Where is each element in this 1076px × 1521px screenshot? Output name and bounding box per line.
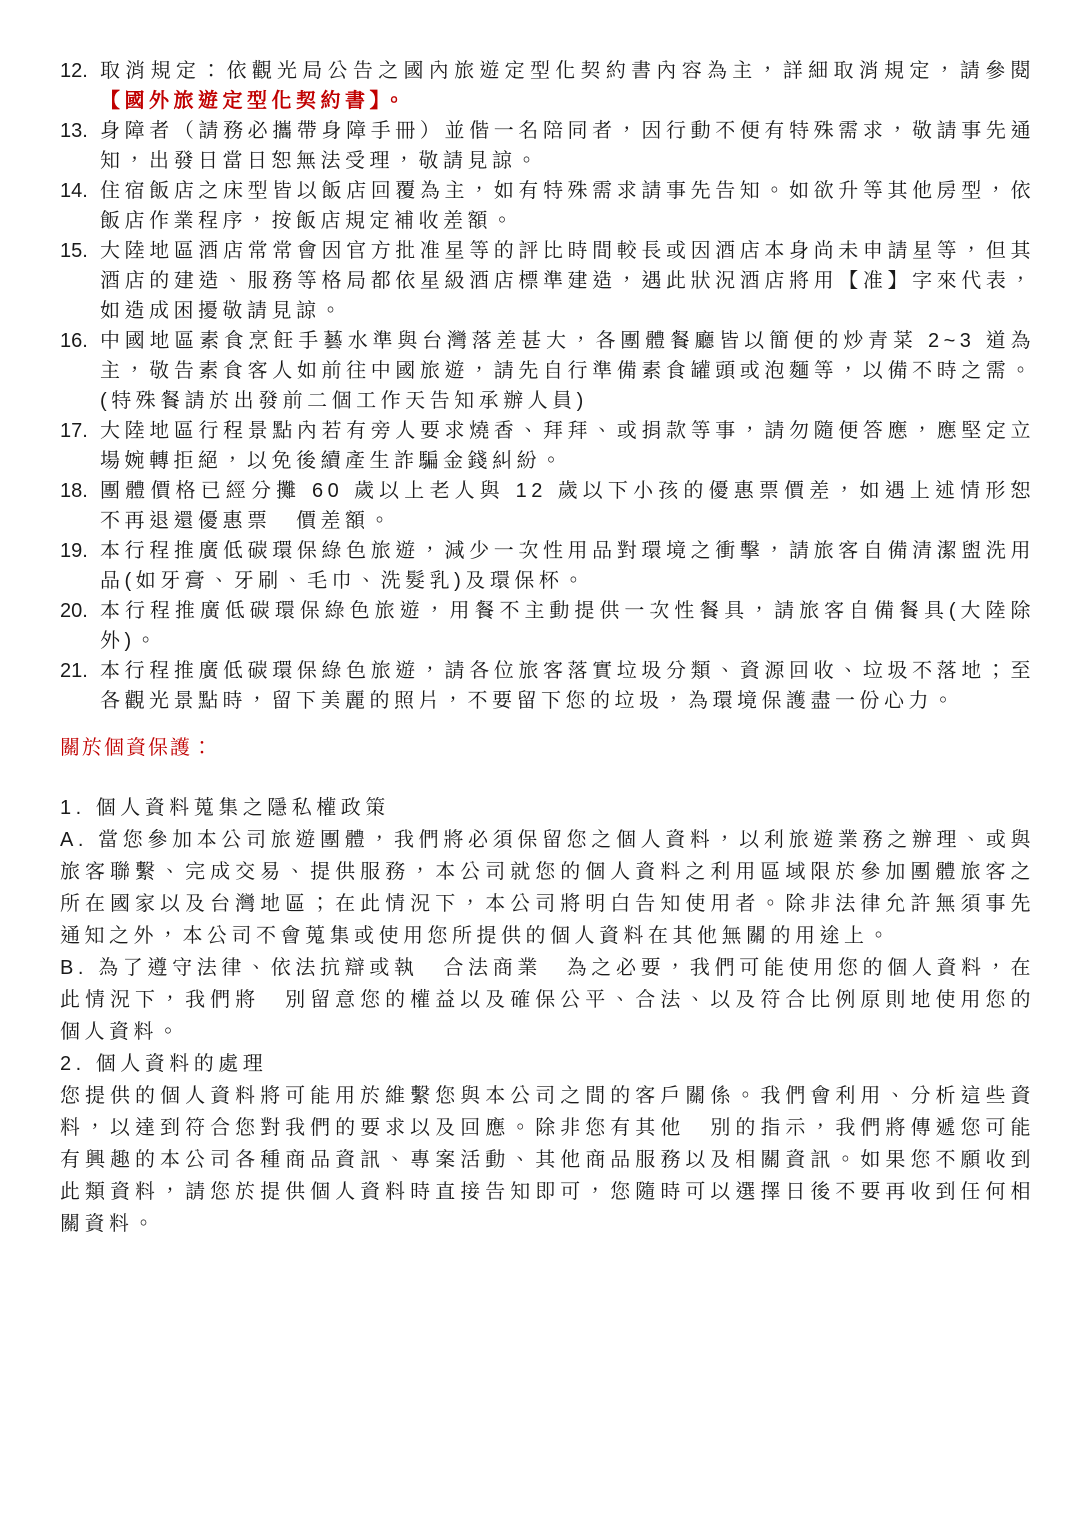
item-text: 團體價格已經分攤 60 歲以上老人與 12 歲以下小孩的優惠票價差，如遇上述情形… [100,476,1035,536]
item-text: 大陸地區行程景點內若有旁人要求燒香、拜拜、或捐款等事，請勿隨便答應，應堅定立場婉… [100,416,1035,476]
list-item-15: 15. 大陸地區酒店常常會因官方批准星等的評比時間較長或因酒店本身尚未申請星等，… [60,236,1035,326]
item-text: 住宿飯店之床型皆以飯店回覆為主，如有特殊需求請事先告知。如欲升等其他房型，依飯店… [100,176,1035,236]
privacy-section: 關於個資保護： 1. 個人資料蒐集之隱私權政策 A. 當您參加本公司旅遊團體，我… [60,732,1035,1240]
privacy-paragraph-2: 您提供的個人資料將可能用於維繫您與本公司之間的客戶關係。我們會利用、分析這些資料… [60,1080,1035,1240]
item-text-main: 取消規定：依觀光局公告之國內旅遊定型化契約書內容為主，詳細取消規定，請參閱 [100,60,1035,82]
item-text: 取消規定：依觀光局公告之國內旅遊定型化契約書內容為主，詳細取消規定，請參閱【國外… [100,56,1035,116]
privacy-section1-title: 1. 個人資料蒐集之隱私權政策 [60,792,1035,824]
item-number: 14. [60,176,100,206]
privacy-paragraph-a: A. 當您參加本公司旅遊團體，我們將必須保留您之個人資料，以利旅遊業務之辦理、或… [60,824,1035,952]
privacy-paragraph-b: B. 為了遵守法律、依法抗辯或執 合法商業 為之必要，我們可能使用您的個人資料，… [60,952,1035,1048]
list-item-18: 18. 團體價格已經分攤 60 歲以上老人與 12 歲以下小孩的優惠票價差，如遇… [60,476,1035,536]
terms-list: 12. 取消規定：依觀光局公告之國內旅遊定型化契約書內容為主，詳細取消規定，請參… [60,56,1035,716]
item-number: 21. [60,656,100,686]
item-number: 17. [60,416,100,446]
item-text: 本行程推廣低碳環保綠色旅遊，用餐不主動提供一次性餐具，請旅客自備餐具(大陸除外)… [100,596,1035,656]
item-number: 19. [60,536,100,566]
item-number: 18. [60,476,100,506]
item-number: 15. [60,236,100,266]
list-item-19: 19. 本行程推廣低碳環保綠色旅遊，減少一次性用品對環境之衝擊，請旅客自備清潔盥… [60,536,1035,596]
list-item-20: 20. 本行程推廣低碳環保綠色旅遊，用餐不主動提供一次性餐具，請旅客自備餐具(大… [60,596,1035,656]
privacy-section2-title: 2. 個人資料的處理 [60,1048,1035,1080]
item-text: 本行程推廣低碳環保綠色旅遊，減少一次性用品對環境之衝擊，請旅客自備清潔盥洗用品(… [100,536,1035,596]
list-item-16: 16. 中國地區素食烹飪手藝水準與台灣落差甚大，各團體餐廳皆以簡便的炒青菜 2~… [60,326,1035,416]
item-number: 20. [60,596,100,626]
item-text: 身障者（請務必攜帶身障手冊）並偕一名陪同者，因行動不便有特殊需求，敬請事先通知，… [100,116,1035,176]
list-item-12: 12. 取消規定：依觀光局公告之國內旅遊定型化契約書內容為主，詳細取消規定，請參… [60,56,1035,116]
item-number: 13. [60,116,100,146]
contract-reference-text: 【國外旅遊定型化契約書】。 [100,90,409,112]
item-text: 本行程推廣低碳環保綠色旅遊，請各位旅客落實垃圾分類、資源回收、垃圾不落地；至各觀… [100,656,1035,716]
document-page: 12. 取消規定：依觀光局公告之國內旅遊定型化契約書內容為主，詳細取消規定，請參… [0,0,1076,1521]
item-text: 大陸地區酒店常常會因官方批准星等的評比時間較長或因酒店本身尚未申請星等，但其酒店… [100,236,1035,326]
item-text: 中國地區素食烹飪手藝水準與台灣落差甚大，各團體餐廳皆以簡便的炒青菜 2~3 道為… [100,326,1035,416]
item-number: 12. [60,56,100,86]
privacy-heading: 關於個資保護： [60,732,1035,764]
list-item-13: 13. 身障者（請務必攜帶身障手冊）並偕一名陪同者，因行動不便有特殊需求，敬請事… [60,116,1035,176]
item-number: 16. [60,326,100,356]
list-item-14: 14. 住宿飯店之床型皆以飯店回覆為主，如有特殊需求請事先告知。如欲升等其他房型… [60,176,1035,236]
list-item-21: 21. 本行程推廣低碳環保綠色旅遊，請各位旅客落實垃圾分類、資源回收、垃圾不落地… [60,656,1035,716]
list-item-17: 17. 大陸地區行程景點內若有旁人要求燒香、拜拜、或捐款等事，請勿隨便答應，應堅… [60,416,1035,476]
